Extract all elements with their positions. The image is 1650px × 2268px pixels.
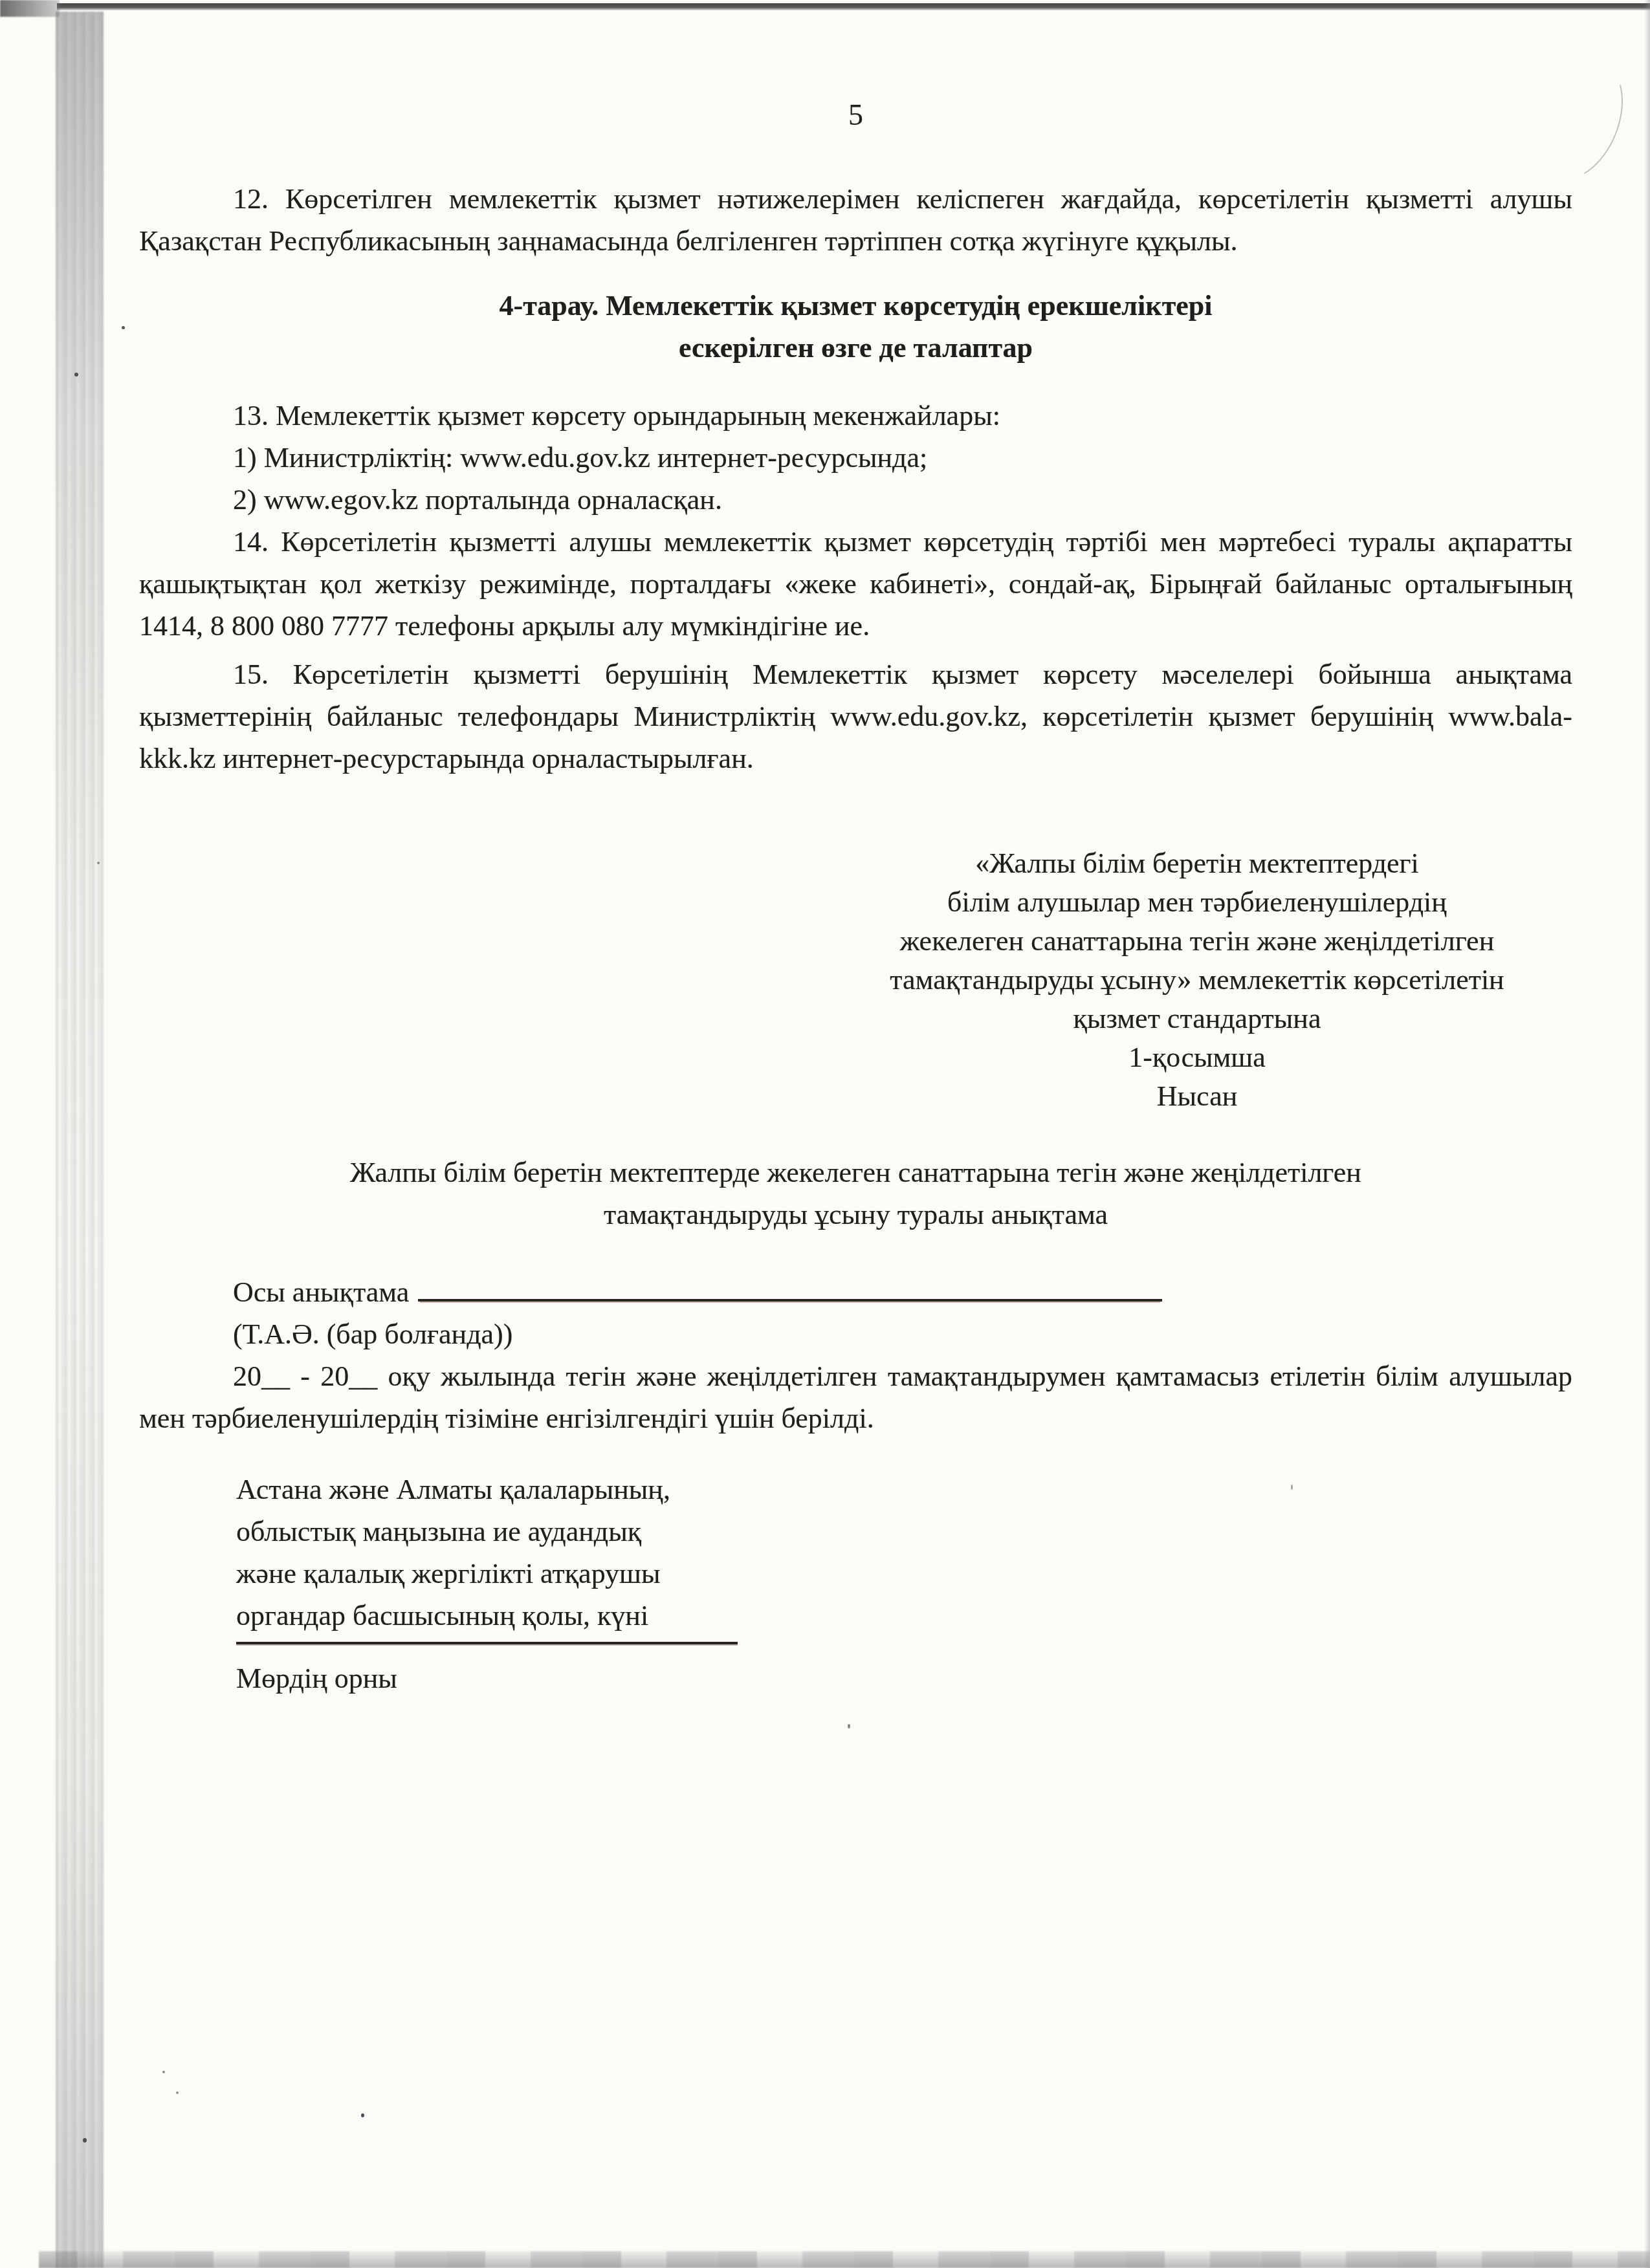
appendix-reference-block: «Жалпы білім беретін мектептердегі білім… [822, 844, 1572, 1116]
scan-bottom-edge-shadow [39, 2251, 1650, 2268]
paragraph-13-item-1: 1) Министрліктің: www.edu.gov.kz интерне… [139, 437, 1572, 479]
stamp-place-label: Мөрдің орны [139, 1657, 1572, 1699]
name-hint: (Т.А.Ә. (бар болғанда)) [139, 1313, 1572, 1355]
signature-line: және қалалық жергілікті атқарушы [236, 1553, 1572, 1595]
form-title-line2: тамақтандыруды ұсыну туралы анықтама [139, 1194, 1572, 1236]
scan-speck [74, 373, 78, 376]
paragraph-13-item-2: 2) www.egov.kz порталында орналасқан. [139, 479, 1572, 521]
form-body-paragraph: 20__ - 20__ оқу жылында тегін және жеңіл… [139, 1355, 1572, 1439]
form-title-line1: Жалпы білім беретін мектептерде жекелеге… [139, 1151, 1572, 1194]
certificate-line: Осы анықтама [139, 1271, 1572, 1313]
chapter-heading: 4-тарау. Мемлекеттік қызмет көрсетудің е… [139, 285, 1572, 369]
scan-speck [97, 862, 100, 864]
chapter-heading-line1: 4-тарау. Мемлекеттік қызмет көрсетудің е… [139, 285, 1572, 327]
signature-line: органдар басшысының қолы, күні [236, 1595, 1572, 1637]
signature-block: Астана және Алматы қалаларының, облыстық… [139, 1468, 1572, 1637]
scan-speck [176, 2091, 179, 2094]
signature-line: Астана және Алматы қалаларының, [236, 1468, 1572, 1510]
scan-speck [122, 326, 125, 329]
appendix-number: 1-қосымша [822, 1038, 1572, 1077]
scan-speck [162, 2071, 165, 2073]
paragraph-12: 12. Көрсетілген мемлекеттік қызмет нәтиж… [139, 178, 1572, 262]
scan-speck [361, 2113, 364, 2117]
appendix-line: жекелеген санаттарына тегін және жеңілде… [822, 922, 1572, 961]
appendix-line: білім алушылар мен тәрбиеленушілердің [822, 883, 1572, 922]
chapter-heading-line2: ескерілген өзге де талаптар [139, 327, 1572, 369]
scan-left-streak [56, 12, 104, 2268]
paragraph-14: 14. Көрсетілетін қызметті алушы мемлекет… [139, 521, 1572, 647]
signature-rule [236, 1642, 738, 1644]
scan-speck [83, 2138, 87, 2143]
scan-right-edge-shadow [1644, 0, 1650, 2268]
scan-speck [848, 1724, 850, 1728]
signature-line: облыстық маңызына ие аудандық [236, 1510, 1572, 1553]
page-number: 5 [139, 94, 1572, 136]
document-content: 5 12. Көрсетілген мемлекеттік қызмет нәт… [139, 0, 1572, 1699]
appendix-line: қызмет стандартына [822, 999, 1572, 1038]
scanned-document-page: 5 12. Көрсетілген мемлекеттік қызмет нәт… [0, 0, 1650, 2268]
paragraph-15: 15. Көрсетілетін қызметті берушінің Мемл… [139, 653, 1572, 780]
paragraph-13-intro: 13. Мемлекеттік қызмет көрсету орындарын… [139, 395, 1572, 437]
appendix-line: тамақтандыруды ұсыну» мемлекеттік көрсет… [822, 961, 1572, 999]
name-blank-field [418, 1277, 1162, 1302]
certificate-label: Осы анықтама [233, 1276, 409, 1308]
scan-topleft-corner-shadow [0, 0, 60, 17]
form-title: Жалпы білім беретін мектептерде жекелеге… [139, 1151, 1572, 1236]
appendix-line: «Жалпы білім беретін мектептердегі [822, 844, 1572, 883]
appendix-form-label: Нысан [822, 1077, 1572, 1116]
